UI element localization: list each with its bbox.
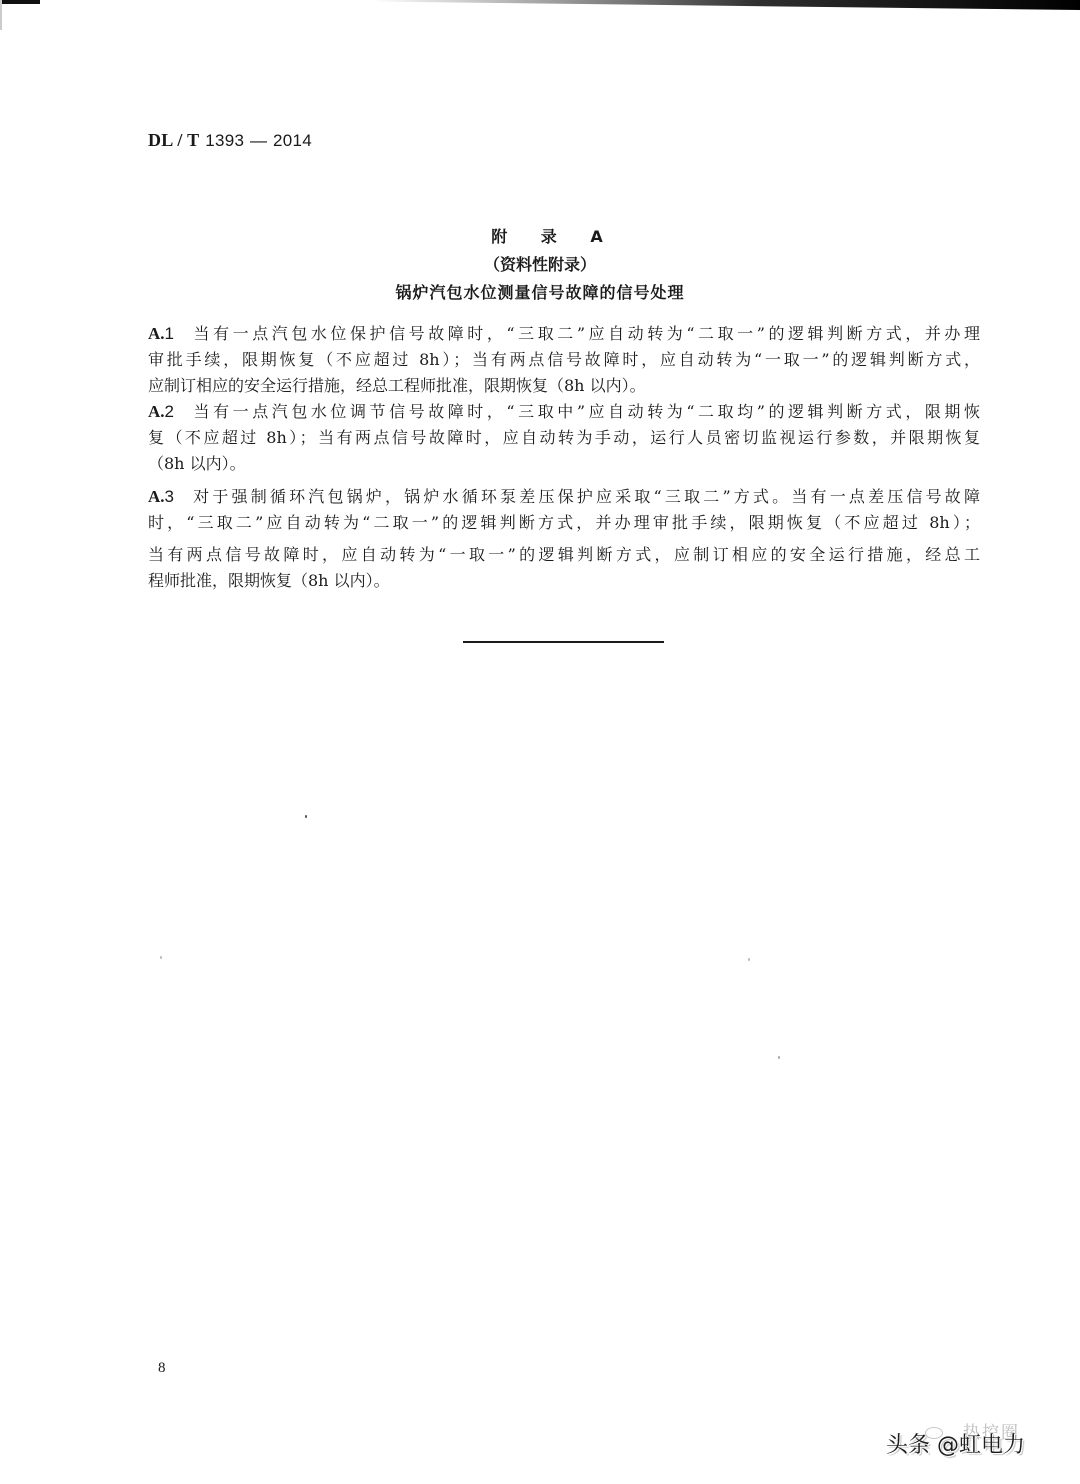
scan-speck xyxy=(160,956,162,959)
standard-number: 1393 xyxy=(205,131,244,150)
clause-a2-text-1: 当有一点汽包水位调节信号故障时，“三取中”应自动转为“二取均”的逻辑判断方式，限… xyxy=(190,402,980,421)
page-number: 8 xyxy=(158,1360,166,1377)
clause-a1-line-2: 审批手续，限期恢复（不应超过 8h）；当有两点信号故障时，应自动转为“一取一”的… xyxy=(148,349,980,371)
watermark-main: 头条 @虹电力 xyxy=(886,1428,1025,1459)
scan-edge-top-left xyxy=(0,0,40,4)
clause-a1-label: A.1 xyxy=(148,324,174,343)
scan-edge-left xyxy=(0,0,2,30)
end-of-appendix-rule xyxy=(463,641,664,643)
appendix-subject: 锅炉汽包水位测量信号故障的信号处理 xyxy=(0,280,1080,303)
standard-code: DL / T 1393 — 2014 xyxy=(148,130,312,151)
clause-a1-line-1: A.1当有一点汽包水位保护信号故障时，“三取二”应自动转为“二取一”的逻辑判断方… xyxy=(148,323,980,345)
clause-a2-line-2: 复（不应超过 8h）；当有两点信号故障时，应自动转为手动，运行人员密切监视运行参… xyxy=(148,427,980,449)
clause-a2-line-1: A.2当有一点汽包水位调节信号故障时，“三取中”应自动转为“二取均”的逻辑判断方… xyxy=(148,401,980,423)
appendix-type: （资料性附录） xyxy=(0,252,1080,275)
scan-speck xyxy=(748,958,750,961)
clause-a2-label: A.2 xyxy=(148,402,174,421)
scan-edge-top-right xyxy=(370,0,1080,10)
clause-a3-line-2: 时，“三取二”应自动转为“二取一”的逻辑判断方式，并办理审批手续，限期恢复（不应… xyxy=(148,512,980,534)
clause-a2-line-3: （8h 以内）。 xyxy=(148,453,980,475)
standard-prefix: DL / T xyxy=(148,130,200,150)
clause-a1-text-1: 当有一点汽包水位保护信号故障时，“三取二”应自动转为“二取一”的逻辑判断方式，并… xyxy=(190,324,980,343)
clause-a1-line-3: 应制订相应的安全运行措施，经总工程师批准，限期恢复（8h 以内）。 xyxy=(148,375,980,397)
standard-year: 2014 xyxy=(273,131,312,150)
clause-a3-label: A.3 xyxy=(148,487,174,506)
clause-a3-line-1: A.3对于强制循环汽包锅炉，锅炉水循环泵差压保护应采取“三取二”方式。当有一点差… xyxy=(148,486,980,508)
clause-a3-line-4: 程师批准，限期恢复（8h 以内）。 xyxy=(148,570,980,592)
standard-dash: — xyxy=(250,131,267,150)
scan-speck xyxy=(305,815,307,818)
clause-a3-text-1: 对于强制循环汽包锅炉，锅炉水循环泵差压保护应采取“三取二”方式。当有一点差压信号… xyxy=(190,487,980,506)
appendix-title: 附 录 A xyxy=(0,224,1080,247)
clause-a3-line-3: 当有两点信号故障时，应自动转为“一取一”的逻辑判断方式，应制订相应的安全运行措施… xyxy=(148,544,980,566)
scan-speck xyxy=(778,1056,780,1059)
